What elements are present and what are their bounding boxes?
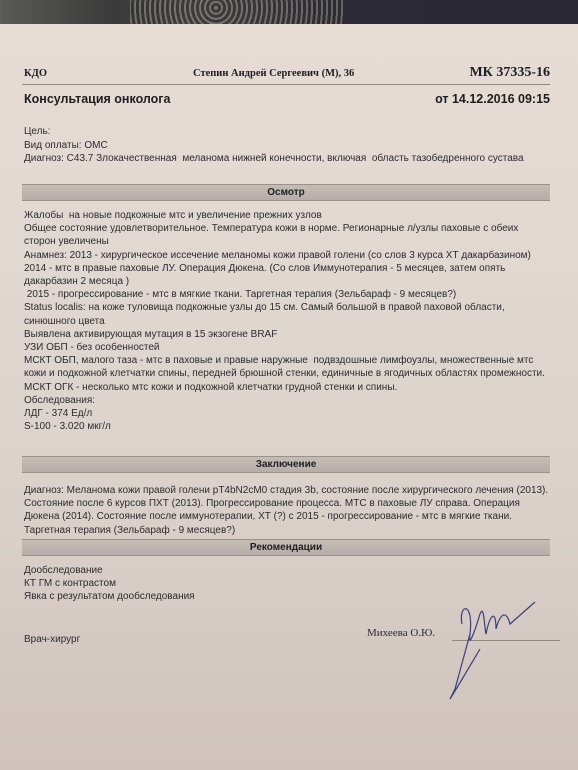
exam-line: МСКТ ОГК - несколько мтс кожи и подкожно… [24,381,550,394]
document-header: КДО Степин Андрей Сергеевич (М), 36 МК 3… [24,66,550,82]
background-pattern [130,0,345,26]
document-datetime: от 14.12.2016 09:15 [435,92,550,106]
photo-background [0,0,578,26]
diagnosis-line: Диагноз: С43.7 Злокачественная меланома … [24,152,550,166]
exam-line: МСКТ ОБП, малого таза - мтс в паховые и … [24,354,550,380]
exam-line: Жалобы на новые подкожные мтс и увеличен… [24,209,550,222]
exam-line: 2015 - прогрессирование - мтс в мягкие т… [24,288,550,301]
section-header-conclusion: Заключение [22,456,550,473]
patient-name: Степин Андрей Сергеевич (М), 36 [193,68,354,79]
doctor-name: Михеева О.Ю. [367,627,435,639]
section-header-examination: Осмотр [22,184,550,201]
examination-block: Жалобы на новые подкожные мтс и увеличен… [24,209,550,433]
section-header-recommendations: Рекомендации [22,539,550,556]
meta-block: Цель: Вид оплаты: ОМС Диагноз: С43.7 Зло… [24,125,550,166]
signature-icon [440,594,550,704]
payment-type-line: Вид оплаты: ОМС [24,139,550,153]
exam-line: Обследования: [24,394,550,407]
document-title: Консультация онколога [24,92,170,106]
exam-line: Общее состояние удовлетворительное. Темп… [24,222,550,248]
exam-line: ЛДГ - 374 Ед/л [24,407,550,420]
exam-line: S-100 - 3.020 мкг/л [24,420,550,433]
department-label: КДО [24,68,47,79]
exam-line: Status localis: на коже туловища подкожн… [24,301,550,327]
conclusion-block: Диагноз: Меланома кожи правой голени pT4… [24,484,550,537]
doctor-role: Врач-хирург [24,634,80,645]
exam-line: УЗИ ОБП - без особенностей [24,341,550,354]
record-number: МК 37335-16 [469,65,550,81]
document-page: КДО Степин Андрей Сергеевич (М), 36 МК 3… [0,24,578,770]
conclusion-line: Диагноз: Меланома кожи правой голени pT4… [24,484,550,537]
exam-line: 2014 - мтс в правые паховые ЛУ. Операция… [24,262,550,288]
exam-line: Выявлена активирующая мутация в 15 экзог… [24,328,550,341]
exam-line: Анамнез: 2013 - хирургическое иссечение … [24,249,550,262]
recommendation-line: КТ ГМ с контрастом [24,577,550,590]
goal-line: Цель: [24,125,550,139]
recommendation-line: Дообследование [24,564,550,577]
header-divider [22,84,550,85]
